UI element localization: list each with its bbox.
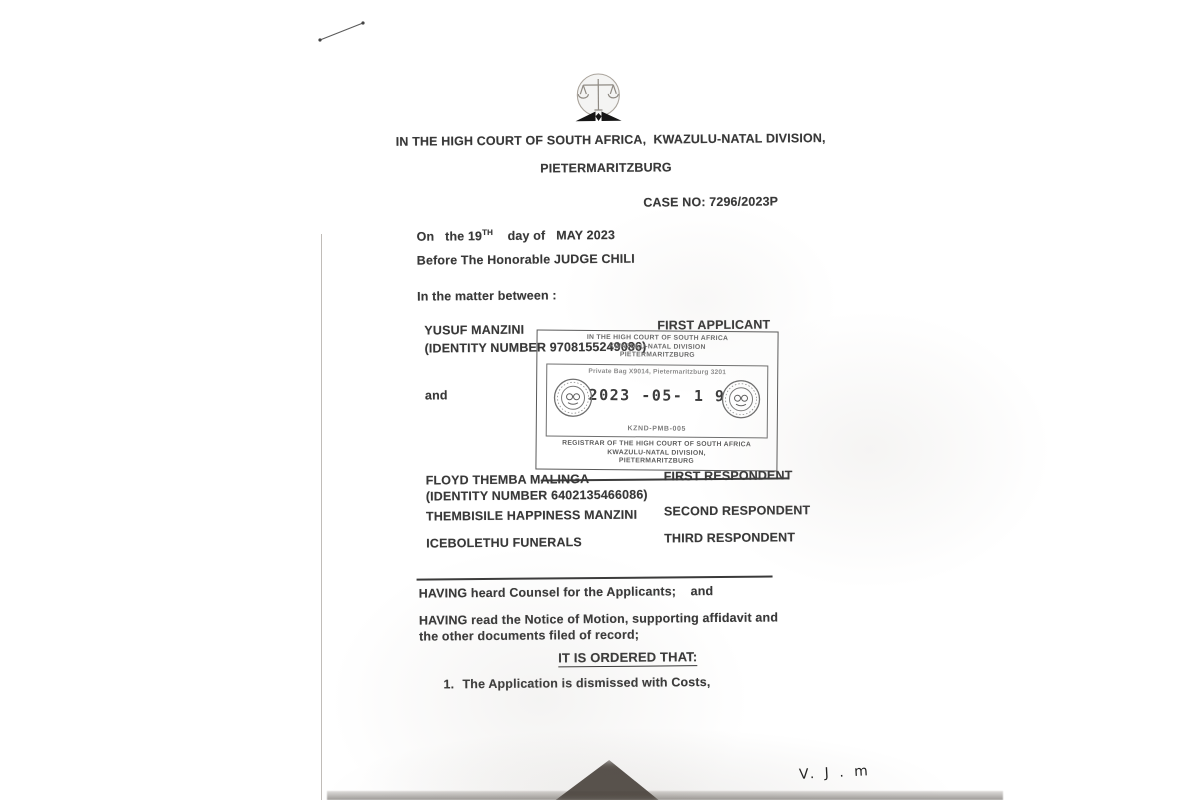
hearing-date-line: On the 19TH day of MAY 2023 — [416, 227, 615, 244]
respondent3-name: ICEBOLETHU FUNERALS — [426, 535, 582, 550]
section-divider-line — [417, 576, 773, 581]
date-suffix: day of MAY 2023 — [493, 228, 615, 243]
respondent1-name: FLOYD THEMBA MALINGA — [426, 472, 590, 487]
judge-line: Before The Honorable JUDGE CHILI — [417, 252, 635, 268]
court-seal-icon — [720, 378, 762, 420]
order-item-number: 1. — [443, 677, 454, 691]
scanned-court-order-page: IN THE HIGH COURT OF SOUTH AFRICA, KWAZU… — [0, 0, 1200, 800]
conjunction-and: and — [425, 388, 448, 402]
order-item-text: The Application is dismissed with Costs, — [462, 675, 710, 691]
respondent3-role: THIRD RESPONDENT — [664, 530, 795, 545]
having-read-line: HAVING read the Notice of Motion, suppor… — [419, 610, 799, 644]
court-header-line2: PIETERMARITZBURG — [396, 159, 816, 177]
respondent2-name: THEMBISILE HAPPINESS MANZINI — [426, 508, 637, 524]
stamp-office-code: KZND-PMB-005 — [547, 425, 767, 434]
date-prefix: On the 19 — [417, 229, 483, 244]
scales-of-justice-icon — [569, 70, 628, 129]
case-number: CASE NO: 7296/2023P — [643, 194, 778, 209]
ordered-heading-text: IT IS ORDERED THAT: — [558, 649, 697, 667]
ordered-heading: IT IS ORDERED THAT: — [558, 649, 697, 665]
respondent1-identity-number: (IDENTITY NUMBER 6402135466086) — [426, 488, 648, 504]
respondent1-role: FIRST RESPONDENT — [664, 468, 793, 483]
photo-bottom-edge — [327, 791, 1003, 800]
stamp-address: Private Bag X9014, Pietermaritzburg 3201 — [547, 368, 767, 377]
matter-between-line: In the matter between : — [417, 288, 557, 303]
court-header-line1: IN THE HIGH COURT OF SOUTH AFRICA, KWAZU… — [396, 131, 816, 149]
court-order-document: IN THE HIGH COURT OF SOUTH AFRICA, KWAZU… — [0, 0, 1200, 800]
having-heard-line: HAVING heard Counsel for the Applicants;… — [419, 584, 714, 601]
stamp-court-line3: PIETERMARITZBURG — [537, 351, 777, 362]
date-ordinal: TH — [482, 228, 493, 237]
registrar-date-stamp: IN THE HIGH COURT OF SOUTH AFRICA KWAZUL… — [535, 329, 778, 471]
stamp-registrar-line3: PIETERMARITZBURG — [536, 457, 776, 468]
applicant-name: YUSUF MANZINI — [424, 323, 524, 338]
court-seal-icon — [552, 377, 594, 419]
respondent2-role: SECOND RESPONDENT — [664, 503, 810, 518]
stamp-inner-box: Private Bag X9014, Pietermaritzburg 3201… — [546, 364, 769, 439]
stamp-court-header: IN THE HIGH COURT OF SOUTH AFRICA KWAZUL… — [537, 333, 777, 361]
stamp-registrar-block: REGISTRAR OF THE HIGH COURT OF SOUTH AFR… — [536, 440, 776, 468]
